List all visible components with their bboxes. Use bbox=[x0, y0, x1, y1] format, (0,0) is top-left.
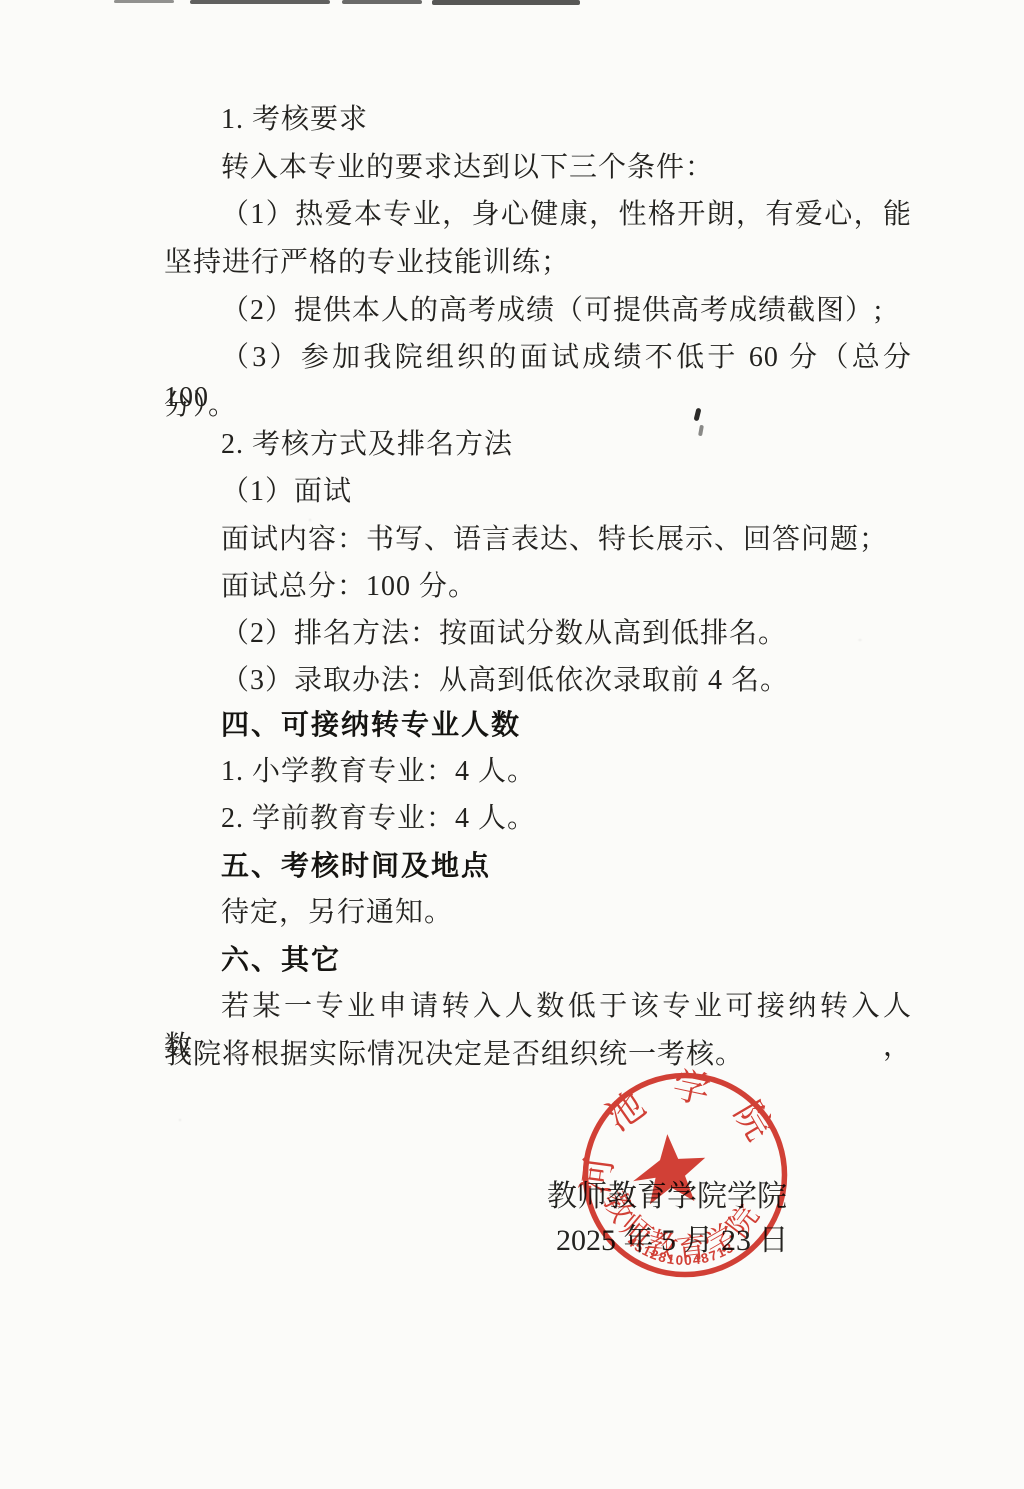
section-heading-5: 五、考核时间及地点 bbox=[164, 846, 912, 886]
text-line: 1. 考核要求 bbox=[164, 100, 912, 140]
text-line: 我院将根据实际情况决定是否组织统一考核。 bbox=[164, 1035, 912, 1075]
text-line: 转入本专业的要求达到以下三个条件： bbox=[164, 148, 912, 188]
seal-star-icon bbox=[633, 1134, 705, 1204]
text-line: （2）排名方法：按面试分数从高到低排名。 bbox=[164, 614, 912, 654]
section-heading-4: 四、可接纳转专业人数 bbox=[164, 705, 912, 745]
text-line: （3）录取办法：从高到低依次录取前 4 名。 bbox=[164, 661, 912, 701]
text-line: 2. 考核方式及排名方法 bbox=[164, 425, 912, 465]
text-line: （1）热爱本专业，身心健康，性格开朗，有爱心，能 bbox=[164, 195, 912, 235]
text-line: 面试总分：100 分。 bbox=[164, 567, 912, 607]
text-line: 2. 学前教育专业：4 人。 bbox=[164, 799, 912, 839]
scan-artifact bbox=[190, 0, 330, 4]
section-heading-6: 六、其它 bbox=[164, 940, 912, 980]
text-line: 分）。 bbox=[164, 386, 912, 426]
text-line: （1）面试 bbox=[164, 472, 912, 512]
seal-graphic: 河池学院 教师教育学院 4512810048713 bbox=[575, 1065, 795, 1285]
text-line: 1. 小学教育专业：4 人。 bbox=[164, 752, 912, 792]
scan-artifact bbox=[114, 0, 174, 3]
scanned-document-page: 1. 考核要求 转入本专业的要求达到以下三个条件： （1）热爱本专业，身心健康，… bbox=[0, 0, 1024, 1489]
scan-artifact bbox=[342, 0, 422, 4]
text-line: （2）提供本人的高考成绩（可提供高考成绩截图）; bbox=[164, 291, 912, 331]
text-line: 坚持进行严格的专业技能训练； bbox=[164, 243, 912, 283]
text-line: 面试内容：书写、语言表达、特长展示、回答问题； bbox=[164, 520, 912, 560]
text-line: 待定，另行通知。 bbox=[164, 893, 912, 933]
scan-artifact bbox=[432, 0, 580, 5]
official-seal: 河池学院 教师教育学院 4512810048713 bbox=[575, 1065, 795, 1285]
